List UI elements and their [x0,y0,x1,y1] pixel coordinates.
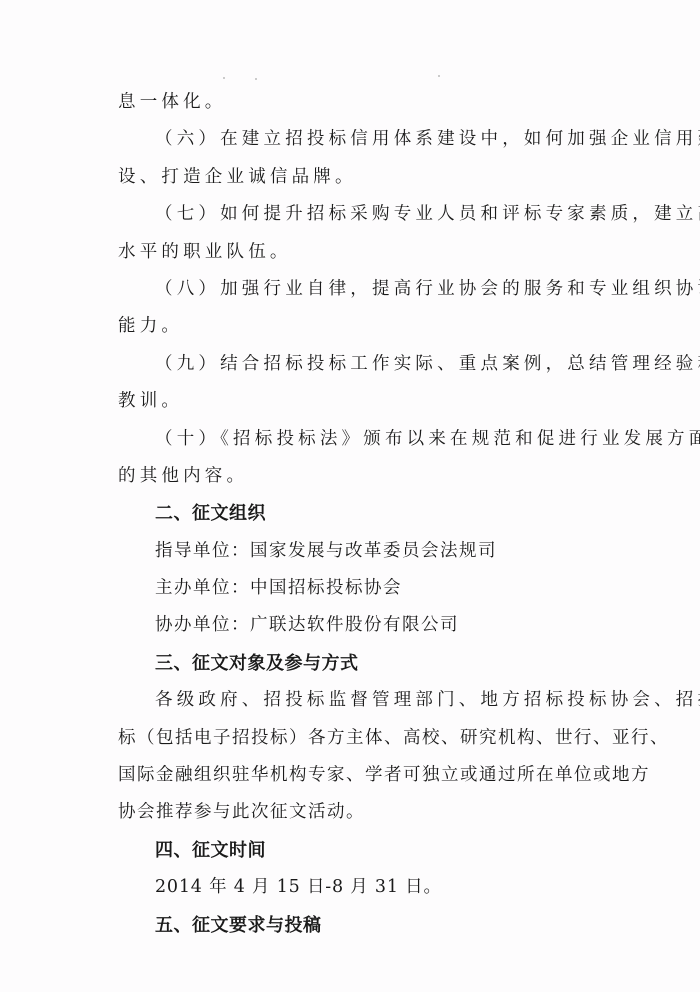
topic-9-line-2: 教训。 [118,383,612,420]
section-4-heading: 四、征文时间 [118,832,612,869]
co-host-unit: 协办单位：广联达软件股份有限公司 [118,607,612,644]
document-page: 息一体化。 （六）在建立招投标信用体系建设中，如何加强企业信用建 设、打造企业诚… [118,84,612,944]
topic-8-line-2: 能力。 [118,308,612,345]
host-unit: 主办单位：中国招标投标协会 [118,570,612,607]
paragraph-continuation: 息一体化。 [118,84,612,121]
section-3-line-1: 各级政府、招投标监督管理部门、地方招标投标协会、招投 [118,682,612,719]
topic-7-line-2: 水平的职业队伍。 [118,234,612,271]
topic-9-line-1: （九）结合招标投标工作实际、重点案例，总结管理经验和 [118,346,612,383]
scan-speck [438,75,440,77]
section-3-line-4: 协会推荐参与此次征文活动。 [118,794,612,831]
topic-8-line-1: （八）加强行业自律，提高行业协会的服务和专业组织协调 [118,271,612,308]
submission-date-range: 2014 年 4 月 15 日-8 月 31 日。 [118,869,612,906]
topic-6-line-1: （六）在建立招投标信用体系建设中，如何加强企业信用建 [118,121,612,158]
section-3-line-2: 标（包括电子招投标）各方主体、高校、研究机构、世行、亚行、 [118,720,612,757]
section-3-heading: 三、征文对象及参与方式 [118,645,612,682]
topic-10-line-1: （十）《招标投标法》颁布以来在规范和促进行业发展方面 [118,421,612,458]
section-5-heading: 五、征文要求与投稿 [118,907,612,944]
topic-7-line-1: （七）如何提升招标采购专业人员和评标专家素质，建立高 [118,196,612,233]
section-2-heading: 二、征文组织 [118,495,612,532]
topic-6-line-2: 设、打造企业诚信品牌。 [118,159,612,196]
section-3-line-3: 国际金融组织驻华机构专家、学者可独立或通过所在单位或地方 [118,757,612,794]
scan-speck [223,77,225,79]
guide-unit: 指导单位：国家发展与改革委员会法规司 [118,533,612,570]
scan-speck [255,78,257,80]
topic-10-line-2: 的其他内容。 [118,458,612,495]
